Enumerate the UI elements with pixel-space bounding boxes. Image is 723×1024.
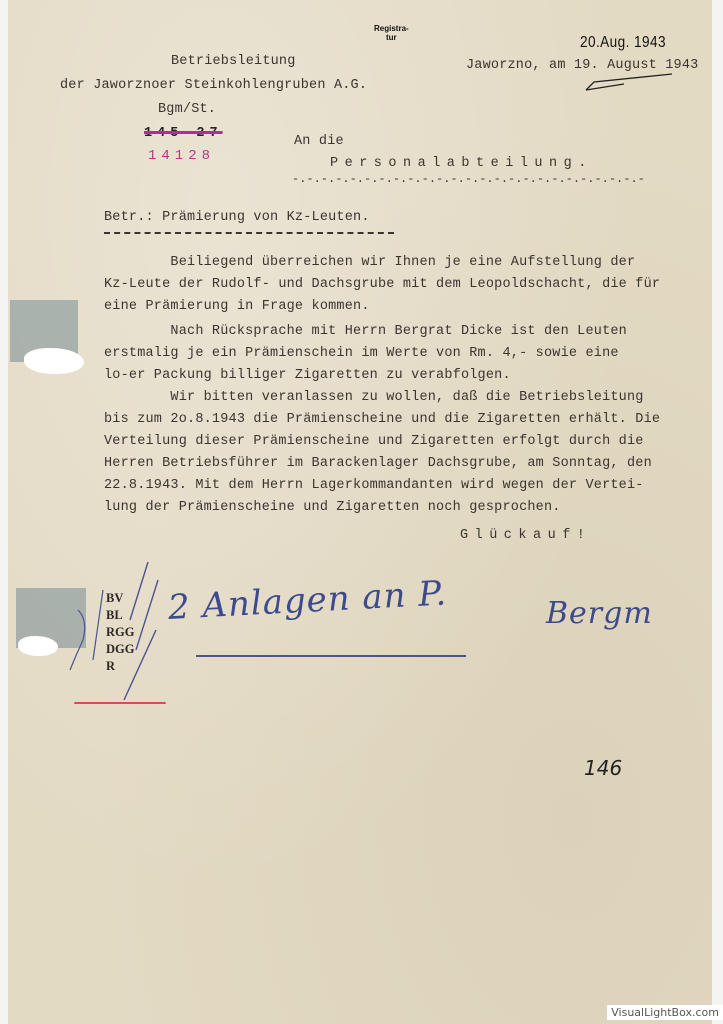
received-date-stamp: 20.Aug. 1943 bbox=[580, 34, 666, 52]
body-line: Verteilung dieser Prämienscheine und Zig… bbox=[104, 434, 644, 449]
body-line: lung der Prämienscheine und Zigaretten n… bbox=[104, 500, 561, 515]
body-line: Wir bitten veranlassen zu wollen, daß di… bbox=[104, 390, 644, 405]
pencil-check-mark bbox=[584, 72, 674, 92]
stamped-reference-number: 14128 bbox=[148, 148, 215, 164]
page-number: 146 bbox=[584, 756, 622, 780]
body-line: Herren Betriebsführer im Barackenlager D… bbox=[104, 456, 652, 471]
letterhead-line2: der Jaworznoer Steinkohlengruben A.G. bbox=[60, 78, 367, 93]
watermark: VisualLightBox.com bbox=[607, 1005, 723, 1020]
closing-greeting: Glückauf! bbox=[460, 528, 591, 543]
document-page: Betriebsleitung der Jaworznoer Steinkohl… bbox=[8, 0, 712, 1024]
registratur-stamp-line1: Registra- bbox=[374, 24, 409, 33]
body-line: lo-er Packung billiger Zigaretten zu ver… bbox=[104, 368, 511, 383]
registratur-stamp: Registra- tur bbox=[374, 24, 409, 42]
recipient-prefix: An die bbox=[294, 134, 344, 149]
place-date: Jaworzno, am 19. August 1943 bbox=[466, 58, 698, 73]
recipient-underline: -.-.-.-.-.-.-.-.-.-.-.-.-.-.-.-.-.-.-.-.… bbox=[292, 172, 645, 186]
handwritten-annotation: 2 Anlagen an P. bbox=[167, 573, 448, 628]
body-line: eine Prämierung in Frage kommen. bbox=[104, 299, 370, 314]
body-line: Kz-Leute der Rudolf- und Dachsgrube mit … bbox=[104, 277, 660, 292]
subject-underline bbox=[104, 232, 394, 236]
subject-line: Betr.: Prämierung von Kz-Leuten. bbox=[104, 210, 370, 225]
body-line: 22.8.1943. Mit dem Herrn Lagerkommandant… bbox=[104, 478, 644, 493]
body-line: erstmalig je ein Prämienschein im Werte … bbox=[104, 346, 619, 361]
registratur-stamp-line2: tur bbox=[374, 33, 409, 42]
body-line: Nach Rücksprache mit Herrn Bergrat Dicke… bbox=[104, 324, 627, 339]
body-line: bis zum 2o.8.1943 die Prämienscheine und… bbox=[104, 412, 660, 427]
red-pencil-underline bbox=[74, 702, 166, 704]
struck-reference-number: 145-27 bbox=[144, 126, 223, 141]
body-line: Beiliegend überreichen wir Ihnen je eine… bbox=[104, 255, 635, 270]
signature: Bergm bbox=[546, 596, 653, 631]
letterhead-line1: Betriebsleitung bbox=[171, 54, 296, 69]
punch-hole-top bbox=[24, 348, 84, 374]
pencil-tick-marks bbox=[48, 560, 168, 700]
recipient-department: Personalabteilung. bbox=[330, 156, 593, 171]
annotation-underline bbox=[196, 655, 466, 657]
letterhead-line3: Bgm/St. bbox=[158, 102, 216, 117]
